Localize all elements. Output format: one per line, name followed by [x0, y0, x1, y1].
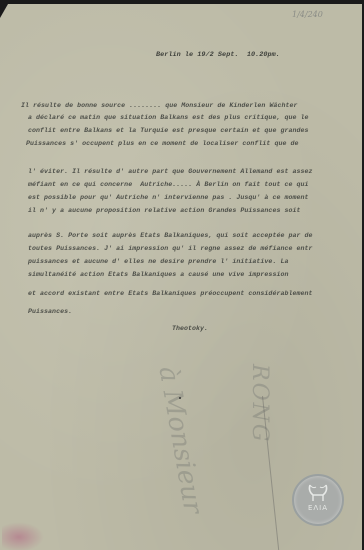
- body-line: et accord existant entre Etats Balkaniqu…: [16, 290, 313, 297]
- corner-fold: [0, 4, 8, 18]
- body-line: il n' y a aucune proposition relative ac…: [16, 207, 301, 214]
- ink-dot: [179, 397, 181, 399]
- body-line: Puissances.: [16, 308, 72, 315]
- amphora-icon: [304, 483, 332, 503]
- body-line: a déclaré ce matin que situation Balkans…: [16, 114, 309, 121]
- handwritten-marginalia: à Monsieur: [152, 364, 207, 516]
- body-line: toutes Puissances. J' ai impression qu' …: [16, 245, 313, 252]
- body-line: Puissances s' occupent plus en ce moment…: [14, 140, 299, 147]
- dateline: Berlin le 19/2 Sept. 10.20pm.: [156, 51, 280, 59]
- body-line: Il résulte de bonne source ........ que …: [21, 102, 297, 109]
- faint-stamp-text: RONG: [247, 364, 272, 443]
- body-line: conflit entre Balkans et la Turquie est …: [16, 127, 309, 134]
- reference-number: 1/4/240: [292, 10, 323, 19]
- signature: Theotoky.: [172, 325, 208, 332]
- body-line: l' éviter. Il résulte d' autre part que …: [16, 168, 313, 175]
- document-page: 1/4/240 Berlin le 19/2 Sept. 10.20pm. Il…: [0, 4, 362, 550]
- seal-text: ΕΛΙΑ: [294, 504, 342, 512]
- body-line: puissances et aucune d' elles ne desire …: [16, 258, 288, 265]
- ink-blot: [2, 522, 44, 550]
- body-line: méfiant en ce qui concerne Autriche.....…: [16, 181, 309, 188]
- body-line: simultanéité action Etats Balkaniques a …: [16, 271, 288, 278]
- archive-seal: ΕΛΙΑ: [292, 474, 344, 526]
- body-line: auprès S. Porte soit auprès Etats Balkan…: [16, 232, 313, 239]
- body-line: est possible pour qu' Autriche n' interv…: [16, 194, 309, 201]
